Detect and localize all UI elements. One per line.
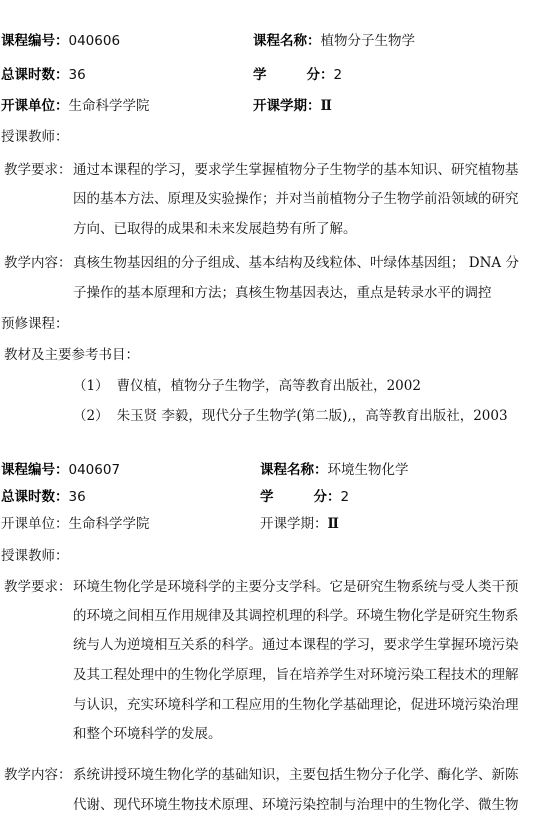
total-hours-label: 总课时数： [1,489,69,505]
credit-label-a: 学 [260,489,274,505]
credit-value: 2 [334,67,343,83]
textbook-item: （1）曹仪植，植物分子生物学，高等教育出版社，2002 [73,377,421,395]
requirements-line: 环境生物化学是环境科学的主要分支学科。它是研究生物系统与受人类干预 [73,578,519,596]
total-hours-field: 总课时数：36 [1,488,86,506]
content-line: 代谢、现代环境生物技术原理、环境污染控制与治理中的生物化学、微生物 [73,796,519,814]
textbook-number: （1） [73,378,109,394]
credit-label-b: 分： [314,489,341,505]
requirements-line: 方向、已取得的成果和未来发展趋势有所了解。 [73,220,357,238]
requirements-label: 教学要求： [4,578,72,596]
requirements-line: 与认识，充实环境科学和工程应用的生物化学基础理论，促进环境污染治理 [73,696,519,714]
course-code-field: 课程编号：040606 [1,32,120,50]
credit-value: 2 [341,489,350,505]
department-field: 开课单位：生命科学学院 [1,97,150,115]
total-hours-label: 总课时数： [1,67,69,83]
content-line: 子操作的基本原理和方法；真核生物基因表达，重点是转录水平的调控 [73,284,492,302]
requirements-line: 因的基本方法、原理及实验操作；并对当前植物分子生物学前沿领域的研究 [73,190,519,208]
requirements-line: 和整个环境科学的发展。 [73,725,222,743]
total-hours-field: 总课时数：36 [1,66,86,84]
department-value: 生命科学学院 [69,98,150,114]
textbooks-label: 教材及主要参考书目： [4,346,139,364]
course-name-field: 课程名称：环境生物化学 [260,461,409,479]
course-code-label: 课程编号： [1,462,69,478]
term-field: 开课学期：Ⅱ [253,97,332,115]
prereq-label: 预修课程： [1,316,69,332]
course-name-value: 环境生物化学 [328,462,409,478]
prereq-field: 预修课程： [1,315,69,333]
course-code-field: 课程编号：040607 [1,461,120,479]
credit-label-a: 学 [253,67,267,83]
department-label: 开课单位： [1,98,69,114]
content-label: 教学内容： [4,766,72,784]
content-label: 教学内容： [4,254,72,272]
department-label: 开课单位： [1,516,69,532]
requirements-line: 通过本课程的学习，要求学生掌握植物分子生物学的基本知识、研究植物基 [73,161,519,179]
term-value: Ⅱ [321,98,332,113]
total-hours-value: 36 [69,489,86,505]
teacher-field: 授课教师： [1,128,69,146]
course-code-label: 课程编号： [1,33,69,49]
course-name-field: 课程名称：植物分子生物学 [253,32,415,50]
requirements-line: 统与人为逆境相互关系的科学。通过本课程的学习，要求学生掌握环境污染 [73,636,519,654]
credit-label-b: 分： [307,67,334,83]
term-value: Ⅱ [328,516,339,531]
term-label: 开课学期： [253,98,321,114]
term-label: 开课学期： [260,516,328,532]
teacher-field: 授课教师： [1,547,69,565]
course-code-value: 040606 [69,33,121,49]
requirements-line: 及其工程处理中的生物化学原理，旨在培养学生对环境污染工程技术的理解 [73,666,519,684]
total-hours-value: 36 [69,67,86,83]
term-field: 开课学期：Ⅱ [260,515,339,533]
credit-field: 学分：2 [260,488,349,506]
course-code-value: 040607 [69,462,121,478]
content-line: 真核生物基因组的分子组成、基本结构及线粒体、叶绿体基因组； DNA 分 [73,254,519,272]
teacher-label: 授课教师： [1,129,69,145]
requirements-line: 的环境之间相互作用规律及其调控机理的科学。环境生物化学是研究生物系 [73,607,519,625]
department-field: 开课单位：生命科学学院 [1,515,150,533]
requirements-label: 教学要求： [4,161,72,179]
textbook-item: （2）朱玉贤 李毅，现代分子生物学(第二版),，高等教育出版社，2003 [73,407,508,425]
textbook-text: 朱玉贤 李毅，现代分子生物学(第二版),，高等教育出版社，2003 [117,408,508,424]
course-name-label: 课程名称： [253,33,321,49]
content-line: 系统讲授环境生物化学的基础知识，主要包括生物分子化学、酶化学、新陈 [73,766,519,784]
textbook-text: 曹仪植，植物分子生物学，高等教育出版社，2002 [117,378,421,394]
course-name-value: 植物分子生物学 [321,33,416,49]
credit-field: 学分：2 [253,66,342,84]
department-value: 生命科学学院 [69,516,150,532]
textbook-number: （2） [73,408,109,424]
teacher-label: 授课教师： [1,548,69,564]
course-name-label: 课程名称： [260,462,328,478]
